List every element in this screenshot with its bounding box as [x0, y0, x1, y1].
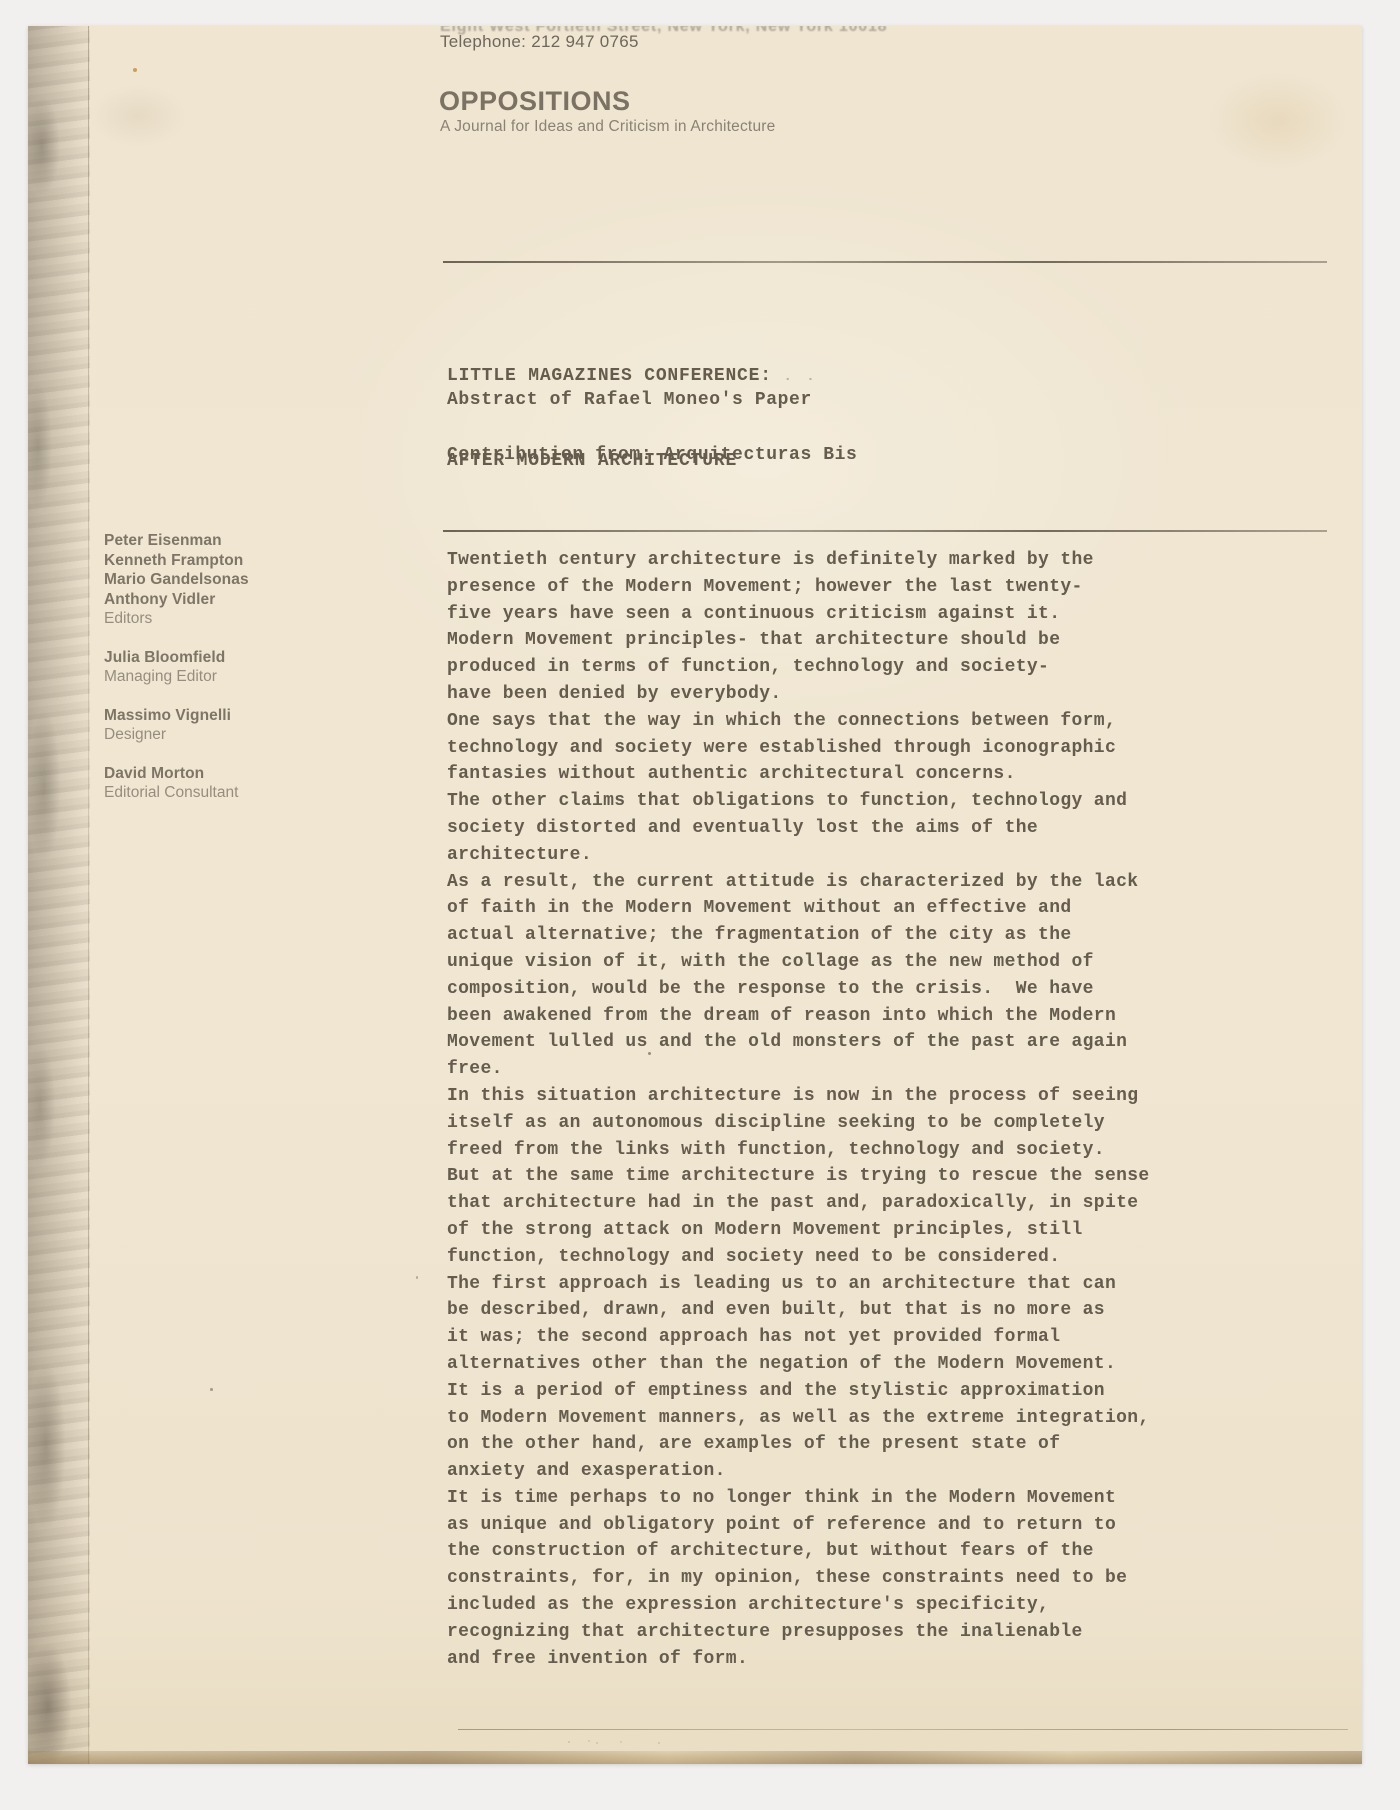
- masthead-group: Massimo Vignelli Designer: [104, 706, 384, 745]
- body-text-line: presence of the Modern Movement; however…: [447, 574, 1150, 601]
- paper-speck: [210, 1388, 213, 1391]
- abstract-line: Abstract of Rafael Moneo's Paper: [447, 390, 812, 410]
- body-text-line: and free invention of form.: [447, 1646, 1150, 1673]
- body-text-line: It is time perhaps to no longer think in…: [447, 1485, 1150, 1512]
- body-text-line: included as the expression architecture'…: [447, 1592, 1150, 1619]
- body-text-line: technology and society were established …: [447, 735, 1150, 762]
- masthead-column: Peter EisenmanKenneth FramptonMario Gand…: [104, 531, 384, 822]
- body-text-line: it was; the second approach has not yet …: [447, 1324, 1150, 1351]
- scan-edge-grime: [28, 26, 90, 1764]
- masthead-group: David Morton Editorial Consultant: [104, 764, 384, 803]
- masthead-role: Editorial Consultant: [104, 783, 384, 803]
- body-text-line: In this situation architecture is now in…: [447, 1083, 1150, 1110]
- masthead-person-name: Kenneth Frampton: [104, 551, 384, 571]
- body-text-line: of faith in the Modern Movement without …: [447, 895, 1150, 922]
- body-text-line: actual alternative; the fragmentation of…: [447, 922, 1150, 949]
- body-text-line: produced in terms of function, technolog…: [447, 654, 1150, 681]
- letterhead-telephone: Telephone: 212 947 0765: [440, 32, 639, 52]
- body-text-line: on the other hand, are examples of the p…: [447, 1431, 1150, 1458]
- body-text-line: anxiety and exasperation.: [447, 1458, 1150, 1485]
- body-text-line: fantasies without authentic architectura…: [447, 761, 1150, 788]
- body-text-line: five years have seen a continuous critic…: [447, 601, 1150, 628]
- body-text-line: Modern Movement principles- that archite…: [447, 627, 1150, 654]
- body-text-line: the construction of architecture, but wi…: [447, 1538, 1150, 1565]
- document-heading: LITTLE MAGAZINES CONFERENCE: . . AFTER M…: [447, 306, 818, 531]
- journal-subtitle: A Journal for Ideas and Criticism in Arc…: [440, 118, 775, 136]
- body-text-line: As a result, the current attitude is cha…: [447, 869, 1150, 896]
- body-text-line: Twentieth century architecture is defini…: [447, 547, 1150, 574]
- body-text-line: of the strong attack on Modern Movement …: [447, 1217, 1150, 1244]
- stray-ink-marks: . .: [783, 369, 817, 385]
- body-text-line: itself as an autonomous discipline seeki…: [447, 1110, 1150, 1137]
- horizontal-rule-top: [443, 261, 1327, 263]
- masthead-person-name: David Morton: [104, 764, 384, 784]
- masthead-person-name: Anthony Vidler: [104, 590, 384, 610]
- journal-title: OPPOSITIONS: [439, 86, 631, 117]
- body-text-line: that architecture had in the past and, p…: [447, 1190, 1150, 1217]
- masthead-role: Designer: [104, 725, 384, 745]
- contribution-line: Contribution from: Arquitecturas Bis: [447, 445, 857, 465]
- masthead-names: Peter EisenmanKenneth FramptonMario Gand…: [104, 531, 384, 609]
- document-body: Twentieth century architecture is defini…: [447, 547, 1150, 1672]
- horizontal-rule-footer: [458, 1729, 1348, 1730]
- body-text-line: unique vision of it, with the collage as…: [447, 949, 1150, 976]
- body-text-line: as unique and obligatory point of refere…: [447, 1512, 1150, 1539]
- masthead-role: Editors: [104, 609, 384, 629]
- masthead-names: Julia Bloomfield: [104, 648, 384, 668]
- heading-line-1: LITTLE MAGAZINES CONFERENCE: . .: [447, 362, 818, 391]
- body-text-line: The first approach is leading us to an a…: [447, 1271, 1150, 1298]
- paper-speck: [133, 68, 137, 72]
- body-text-line: have been denied by everybody.: [447, 681, 1150, 708]
- masthead-names: Massimo Vignelli: [104, 706, 384, 726]
- body-text-line: alternatives other than the negation of …: [447, 1351, 1150, 1378]
- body-text-line: composition, would be the response to th…: [447, 976, 1150, 1003]
- paper-speck: [416, 1276, 418, 1279]
- masthead-person-name: Massimo Vignelli: [104, 706, 384, 726]
- body-text-line: to Modern Movement manners, as well as t…: [447, 1405, 1150, 1432]
- faint-footer-marks: [563, 1738, 683, 1746]
- body-text-line: Movement lulled us and the old monsters …: [447, 1029, 1150, 1056]
- masthead-names: David Morton: [104, 764, 384, 784]
- body-text-line: be described, drawn, and even built, but…: [447, 1297, 1150, 1324]
- body-text-line: function, technology and society need to…: [447, 1244, 1150, 1271]
- body-text-line: architecture.: [447, 842, 1150, 869]
- body-text-line: society distorted and eventually lost th…: [447, 815, 1150, 842]
- paper-crease-line: [88, 26, 89, 1764]
- masthead-role: Managing Editor: [104, 667, 384, 687]
- body-text-line: free.: [447, 1056, 1150, 1083]
- heading-line-1-text: LITTLE MAGAZINES CONFERENCE:: [447, 366, 772, 386]
- body-text-line: But at the same time architecture is try…: [447, 1163, 1150, 1190]
- scanned-document: Eight West Fortieth Street, New York, Ne…: [0, 0, 1400, 1810]
- paper-speck: [648, 1052, 651, 1055]
- body-text-line: constraints, for, in my opinion, these c…: [447, 1565, 1150, 1592]
- masthead-group: Peter EisenmanKenneth FramptonMario Gand…: [104, 531, 384, 629]
- masthead-group: Julia Bloomfield Managing Editor: [104, 648, 384, 687]
- masthead-person-name: Mario Gandelsonas: [104, 570, 384, 590]
- body-text-line: One says that the way in which the conne…: [447, 708, 1150, 735]
- paper-bottom-edge: [28, 1751, 1362, 1764]
- masthead-person-name: Julia Bloomfield: [104, 648, 384, 668]
- body-text-line: The other claims that obligations to fun…: [447, 788, 1150, 815]
- masthead-person-name: Peter Eisenman: [104, 531, 384, 551]
- paper-sheet: Eight West Fortieth Street, New York, Ne…: [28, 26, 1362, 1764]
- body-text-line: recognizing that architecture presuppose…: [447, 1619, 1150, 1646]
- body-text-line: been awakened from the dream of reason i…: [447, 1003, 1150, 1030]
- body-text-line: It is a period of emptiness and the styl…: [447, 1378, 1150, 1405]
- body-text-line: freed from the links with function, tech…: [447, 1137, 1150, 1164]
